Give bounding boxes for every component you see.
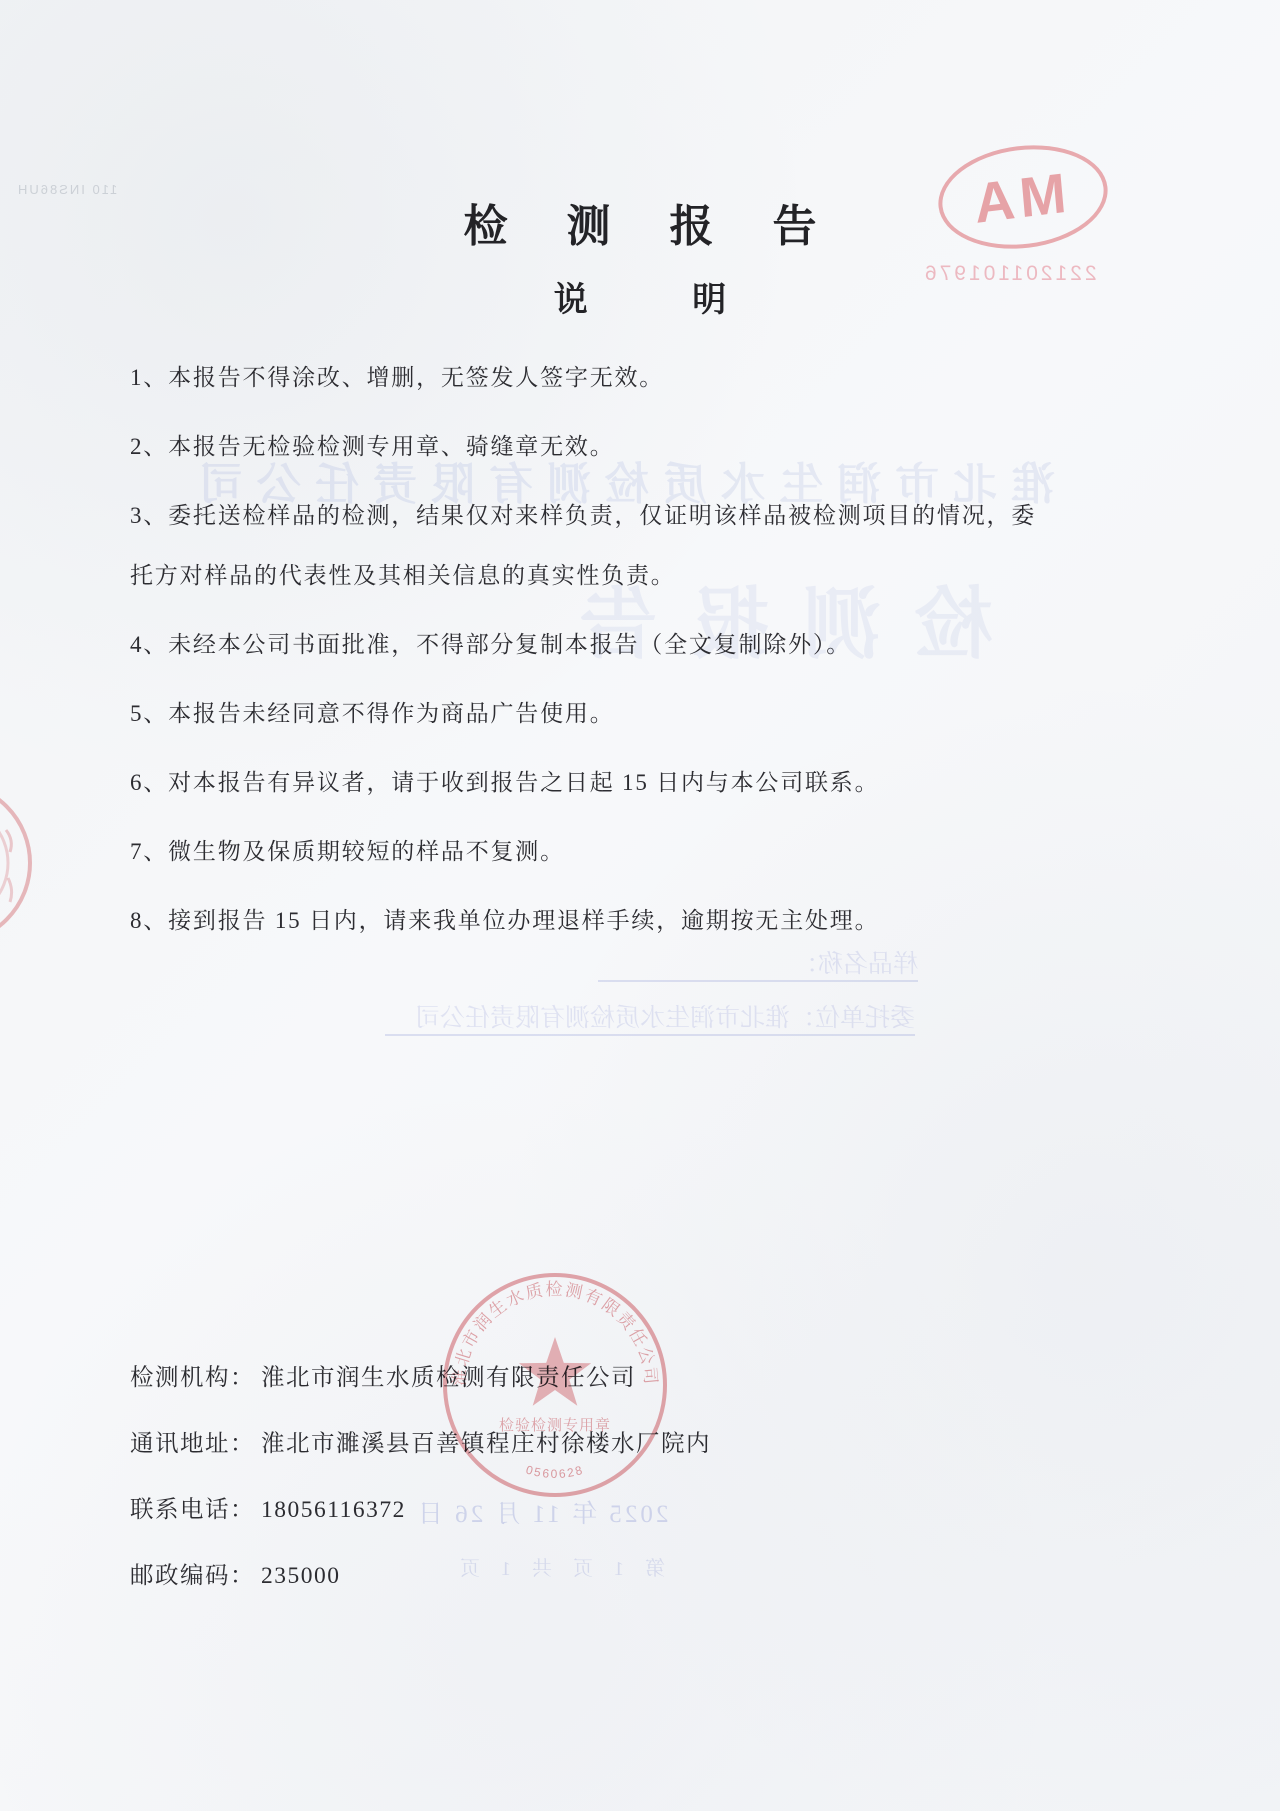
address-label: 通讯地址： [130,1431,255,1457]
contact-row-phone: 联系电话：18056116372 [130,1492,930,1528]
notes-list: 1、本报告不得涂改、增删，无签发人签字无效。 2、本报告无检验检测专用章、骑缝章… [130,348,1054,960]
bleed-edge-mark: 110 INS86UH [16,182,117,197]
note-item-4: 4、未经本公司书面批准，不得部分复制本报告（全文复制除外）。 [130,615,1054,675]
note-item-3: 3、委托送检样品的检测，结果仅对来样负责，仅证明该样品被检测项目的情况，委托方对… [130,486,1054,606]
contact-block: 检测机构：淮北市润生水质检测有限责任公司 通讯地址：淮北市濉溪县百善镇程庄村徐楼… [130,1360,930,1624]
bleed-form-field-2: 委托单位：淮北市润生水质检测有限责任公司 [385,998,915,1036]
contact-row-postcode: 邮政编码：235000 [130,1558,930,1594]
address-value: 淮北市濉溪县百善镇程庄村徐楼水厂院内 [261,1431,711,1457]
agency-value: 淮北市润生水质检测有限责任公司 [261,1365,636,1391]
note-item-6: 6、对本报告有异议者，请于收到报告之日起 15 日内与本公司联系。 [130,753,1054,813]
scanned-report-page: 110 INS86UH 221201101976 淮北市润生水质检测有限责任公司… [0,0,1280,1811]
bleed-serial-number: 221201101976 [922,262,1097,286]
contact-row-address: 通讯地址：淮北市濉溪县百善镇程庄村徐楼水厂院内 [130,1426,930,1462]
postcode-label: 邮政编码： [130,1563,255,1589]
note-item-5: 5、本报告未经同意不得作为商品广告使用。 [130,684,1054,744]
note-item-2: 2、本报告无检验检测专用章、骑缝章无效。 [130,417,1054,477]
agency-label: 检测机构： [130,1365,255,1391]
phone-value: 18056116372 [261,1497,406,1523]
note-item-1: 1、本报告不得涂改、增删，无签发人签字无效。 [130,348,1054,408]
phone-label: 联系电话： [130,1497,255,1523]
contact-row-agency: 检测机构：淮北市润生水质检测有限责任公司 [130,1360,930,1396]
left-edge-seal-fragment [0,778,58,948]
note-item-7: 7、微生物及保质期较短的样品不复测。 [130,822,1054,882]
postcode-value: 235000 [261,1563,341,1589]
note-item-8: 8、接到报告 15 日内，请来我单位办理退样手续，逾期按无主处理。 [130,891,1054,951]
page-title: 检 测 报 告 [0,190,1280,254]
